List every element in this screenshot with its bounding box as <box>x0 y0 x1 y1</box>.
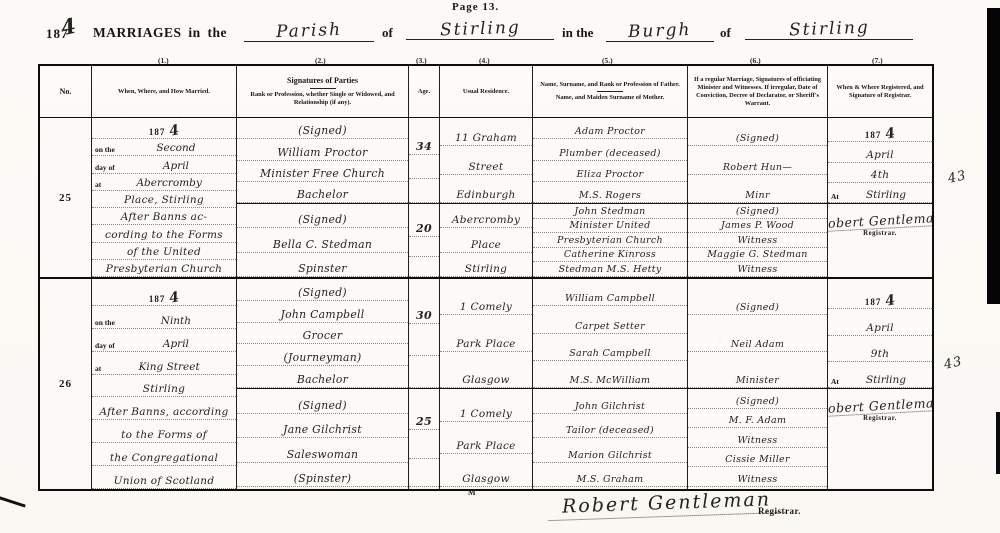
bride-signature-line: (Signed) <box>237 204 408 228</box>
on-the-label: on the <box>95 145 115 154</box>
district-name-handwriting: Stirling <box>439 18 520 41</box>
parents-cell: Adam ProctorPlumber (deceased)Eliza Proc… <box>533 118 688 277</box>
header-registered-label: When & Where Registered, and Signature o… <box>830 84 930 100</box>
bride-parent-line: Marion Gilchrist <box>533 438 687 463</box>
reg-year-line: 1874 <box>828 118 932 142</box>
header-father-label: Name, Surname, and Rank or Profession of… <box>540 81 679 89</box>
signatures-cell: (Signed)William ProctorMinister Free Chu… <box>237 118 409 277</box>
witness-line: Cissie Miller <box>688 448 827 468</box>
bride-parent-line: Catherine Kinross <box>533 248 687 263</box>
district-type-handwriting: Parish <box>276 20 343 42</box>
reg-place-handwriting: Stirling <box>843 189 929 201</box>
scan-black-strip <box>996 412 1000 474</box>
marriage-place-handwriting: Abercromby <box>105 177 233 189</box>
groom-residence-block: 1 ComelyPark PlaceGlasgow <box>440 279 532 388</box>
reg-day: 4th <box>828 163 932 183</box>
entry-number: 25 <box>40 118 92 277</box>
bride-parent-line: Tailor (deceased) <box>533 414 687 439</box>
bride-signature-line: (Spinster) <box>237 463 408 488</box>
minister-line: (Signed) <box>688 279 827 315</box>
when-extra-line: Place, Stirling <box>92 191 236 208</box>
bride-residence-block: AbercrombyPlaceStirling <box>440 203 532 277</box>
district-name-blank: Stirling <box>406 10 554 40</box>
minister-line: Minr <box>688 175 827 203</box>
bride-parent-line: Stedman M.S. Hetty <box>533 262 687 277</box>
register-table: No. When, Where, and How Married. Signat… <box>38 64 934 491</box>
witnesses-block: (Signed)M. F. AdamWitnessCissie MillerWi… <box>688 388 827 487</box>
bride-residence-line: Place <box>440 228 532 252</box>
groom-signature-line: William Proctor <box>237 139 408 160</box>
minister-signature-block: (Signed)Neil AdamMinister <box>688 279 827 388</box>
rule-line <box>409 356 439 388</box>
bride-parent-line: M.S. Graham <box>533 463 687 488</box>
groom-parent-line: William Campbell <box>533 279 687 306</box>
groom-age: 34 <box>409 118 439 155</box>
header-rule <box>597 91 623 92</box>
bride-age: 25 <box>409 389 439 430</box>
registrar-signature-block: Robert Gentleman Registrar. <box>828 388 932 487</box>
groom-parent-line: Carpet Setter <box>533 306 687 333</box>
at-label: At <box>831 377 839 386</box>
groom-signature-line: Grocer <box>237 323 408 345</box>
rule-line <box>409 324 439 356</box>
on-the-line: on theSecond <box>92 139 236 156</box>
area-type-handwriting: Burgh <box>628 20 692 42</box>
groom-parent-line: M.S. McWilliam <box>533 361 687 388</box>
reg-year-printed: 187 <box>865 130 882 140</box>
groom-signature-line: (Journeyman) <box>237 344 408 366</box>
header-signatures-title: Signatures of Parties <box>287 76 358 86</box>
day-of-line: day ofApril <box>92 156 236 173</box>
witness-line: (Signed) <box>688 389 827 409</box>
day-of-line: day ofApril <box>92 329 236 352</box>
area-type-blank: Burgh <box>606 12 714 42</box>
at-label: At <box>831 192 839 201</box>
groom-signature-line: (Signed) <box>237 118 408 139</box>
margin-mark-43: 43 <box>947 168 968 187</box>
when-extra-line: of the United <box>92 243 236 260</box>
groom-residence-line: 1 Comely <box>440 279 532 315</box>
at-line: atAbercromby <box>92 174 236 191</box>
when-extra-line: to the Forms of <box>92 420 236 443</box>
reg-place-handwriting: Stirling <box>843 374 929 386</box>
of-label-2: of <box>720 25 731 41</box>
rule-line <box>409 459 439 487</box>
groom-residence-line: Park Place <box>440 315 532 351</box>
header-when-where-how: When, Where, and How Married. <box>92 66 237 117</box>
registered-cell: 1874 April 9th AtStirling Robert Gentlem… <box>828 279 932 489</box>
bride-parents-block: John StedmanMinister UnitedPresbyterian … <box>533 203 687 277</box>
day-of-label: day of <box>95 163 115 172</box>
when-where-how-cell: 1874 on theNinth day ofApril atKing Stre… <box>92 279 237 489</box>
groom-residence-block: 11 GrahamStreetEdinburgh <box>440 118 532 203</box>
reg-year-line: 1874 <box>828 279 932 309</box>
rule-line <box>409 257 439 277</box>
groom-signature-block: (Signed)John CampbellGrocer(Journeyman)B… <box>237 279 408 388</box>
reg-place-line: AtStirling <box>828 362 932 388</box>
footer-registrar-label: Registrar. <box>758 506 801 516</box>
header-mother-label: Name, and Maiden Surname of Mother. <box>556 94 665 102</box>
marriage-day-handwriting: Second <box>119 142 233 154</box>
registrar-label: Registrar. <box>828 415 932 422</box>
when-where-how-cell: 1874 on theSecond day ofApril atAbercrom… <box>92 118 237 277</box>
groom-signature-block: (Signed)William ProctorMinister Free Chu… <box>237 118 408 203</box>
bride-signature-block: (Signed)Bella C. StedmanSpinster <box>237 203 408 277</box>
plate-mark: M <box>468 488 476 497</box>
when-extra-line: the Congregational <box>92 443 236 466</box>
rule-line <box>409 237 439 257</box>
witness-line: Witness <box>688 262 827 277</box>
header-officiants-label: If a regular Marriage, Signatures of off… <box>690 76 825 108</box>
parents-cell: William CampbellCarpet SetterSarah Campb… <box>533 279 688 489</box>
bride-signature-block: (Signed)Jane GilchristSaleswoman(Spinste… <box>237 388 408 487</box>
registrar-signature-block: Robert Gentleman Registrar. <box>828 203 932 277</box>
year-printed: 187 <box>149 127 166 137</box>
bride-signature-line: Jane Gilchrist <box>237 414 408 439</box>
when-extra-line: Stirling <box>92 375 236 398</box>
area-name-handwriting: Stirling <box>788 18 869 41</box>
witness-line: M. F. Adam <box>688 409 827 429</box>
entry-row-26: 26 1874 on theNinth day ofApril atKing S… <box>40 279 932 489</box>
header-residence-label: Usual Residence. <box>463 88 509 96</box>
bride-signature-line: Saleswoman <box>237 438 408 463</box>
header-registered: When & Where Registered, and Signature o… <box>828 66 932 117</box>
bride-residence-line: Abercromby <box>440 204 532 228</box>
header-age-label: Age. <box>418 88 430 96</box>
minister-signature-block: (Signed)Robert Hun—Minr <box>688 118 827 203</box>
minister-line: Robert Hun— <box>688 146 827 174</box>
scan-streak <box>0 495 26 507</box>
minister-line: Neil Adam <box>688 315 827 351</box>
bride-residence-line: Park Place <box>440 422 532 455</box>
reg-place-line: AtStirling <box>828 183 932 203</box>
bride-parent-line: Presbyterian Church <box>533 233 687 248</box>
officiants-cell: (Signed)Robert Hun—Minr (Signed)James P.… <box>688 118 828 277</box>
witness-line: Witness <box>688 467 827 487</box>
entry-row-25: 25 1874 on theSecond day ofApril atAberc… <box>40 118 932 279</box>
groom-residence-line: Glasgow <box>440 352 532 388</box>
marriage-register-scan: Page 13. 187 4 MARRIAGES in the Parish o… <box>0 0 1000 533</box>
reg-year-handwritten: 4 <box>884 125 896 142</box>
age-cell: 30 25 <box>409 279 440 489</box>
rule-line <box>409 155 439 179</box>
year-line: 1874 <box>92 118 236 139</box>
groom-age: 30 <box>409 279 439 324</box>
registration-date-block: 1874 April 9th AtStirling <box>828 279 932 388</box>
rule-line <box>409 179 439 203</box>
header-signatures: Signatures of Parties Rank or Profession… <box>237 66 409 117</box>
groom-parents-block: Adam ProctorPlumber (deceased)Eliza Proc… <box>533 118 687 203</box>
reg-year-handwritten: 4 <box>884 292 896 309</box>
header-officiants: If a regular Marriage, Signatures of off… <box>688 66 828 117</box>
margin-mark-43: 43 <box>943 354 964 373</box>
witness-line: Witness <box>688 233 827 248</box>
at-line: atKing Street <box>92 352 236 375</box>
entry-number: 26 <box>40 279 92 489</box>
when-extra-line: After Banns ac- <box>92 208 236 225</box>
at-label: at <box>95 364 101 373</box>
marriage-place-handwriting: King Street <box>105 361 233 373</box>
bride-residence-block: 1 ComelyPark PlaceGlasgow <box>440 388 532 487</box>
groom-parents-block: William CampbellCarpet SetterSarah Campb… <box>533 279 687 388</box>
when-extra-line: Presbyterian Church <box>92 260 236 277</box>
registered-cell: 1874 April 4th AtStirling Robert Gentlem… <box>828 118 932 277</box>
header-age: Age. <box>409 66 440 117</box>
groom-parent-line: Plumber (deceased) <box>533 139 687 160</box>
groom-signature-line: John Campbell <box>237 301 408 323</box>
bride-residence-line: Glasgow <box>440 454 532 487</box>
year-handwritten: 4 <box>168 289 180 306</box>
table-header-row: No. When, Where, and How Married. Signat… <box>40 66 932 118</box>
scan-black-strip <box>987 8 1000 304</box>
at-label: at <box>95 180 101 189</box>
marriage-month-handwriting: April <box>119 160 233 172</box>
reg-month: April <box>828 309 932 335</box>
marriage-day-handwriting: Ninth <box>119 315 233 327</box>
marriage-month-handwriting: April <box>119 338 233 350</box>
bride-signature-line: Bella C. Stedman <box>237 228 408 252</box>
bride-parents-block: John GilchristTailor (deceased)Marion Gi… <box>533 388 687 487</box>
groom-parent-line: Eliza Proctor <box>533 161 687 182</box>
of-label: of <box>382 25 393 41</box>
area-name-blank: Stirling <box>745 10 913 40</box>
header-parents: Name, Surname, and Rank or Profession of… <box>533 66 688 117</box>
bride-parent-line: John Gilchrist <box>533 389 687 414</box>
bride-signature-line: Spinster <box>237 253 408 277</box>
footer-registrar-signature: Robert Gentleman <box>548 488 786 521</box>
bride-residence-line: 1 Comely <box>440 389 532 422</box>
minister-line: Minister <box>688 352 827 388</box>
reg-day: 9th <box>828 336 932 362</box>
bride-age-block: 20 <box>409 203 439 277</box>
header-residence: Usual Residence. <box>440 66 533 117</box>
reg-month: April <box>828 142 932 162</box>
residence-cell: 1 ComelyPark PlaceGlasgow 1 ComelyPark P… <box>440 279 533 489</box>
header-no-label: No. <box>60 87 72 97</box>
header-signatures-subtitle: Rank or Profession, whether Single or Wi… <box>239 91 406 107</box>
groom-age-block: 34 <box>409 118 439 203</box>
when-extra-line: Union of Scotland <box>92 466 236 489</box>
witnesses-block: (Signed)James P. WoodWitnessMaggie G. St… <box>688 203 827 277</box>
witness-line: Witness <box>688 428 827 448</box>
age-cell: 34 20 <box>409 118 440 277</box>
bride-parent-line: John Stedman <box>533 204 687 219</box>
groom-parent-line: Sarah Campbell <box>533 334 687 361</box>
signatures-cell: (Signed)John CampbellGrocer(Journeyman)B… <box>237 279 409 489</box>
groom-age-block: 30 <box>409 279 439 388</box>
bride-parent-line: Minister United <box>533 219 687 234</box>
groom-signature-line: Bachelor <box>237 182 408 203</box>
district-type-blank: Parish <box>244 12 374 42</box>
bride-age: 20 <box>409 204 439 237</box>
title-marriages-label: MARRIAGES in the <box>93 25 227 41</box>
residence-cell: 11 GrahamStreetEdinburgh AbercrombyPlace… <box>440 118 533 277</box>
groom-signature-line: Minister Free Church <box>237 161 408 182</box>
on-the-label: on the <box>95 318 115 327</box>
officiants-cell: (Signed)Neil AdamMinister (Signed)M. F. … <box>688 279 828 489</box>
year-handwritten: 4 <box>168 122 180 139</box>
witness-line: James P. Wood <box>688 219 827 234</box>
groom-residence-line: 11 Graham <box>440 118 532 146</box>
groom-residence-line: Edinburgh <box>440 175 532 203</box>
year-printed: 187 <box>149 294 166 304</box>
groom-signature-line: Bachelor <box>237 366 408 388</box>
day-of-label: day of <box>95 341 115 350</box>
in-the-label: in the <box>562 25 593 41</box>
groom-parent-line: Adam Proctor <box>533 118 687 139</box>
bride-age-block: 25 <box>409 388 439 487</box>
groom-signature-line: (Signed) <box>237 279 408 301</box>
bride-residence-line: Stirling <box>440 253 532 277</box>
reg-year-printed: 187 <box>865 297 882 307</box>
on-the-line: on theNinth <box>92 306 236 329</box>
groom-parent-line: M.S. Rogers <box>533 182 687 203</box>
registration-date-block: 1874 April 4th AtStirling <box>828 118 932 203</box>
header-no: No. <box>40 66 92 117</box>
year-line: 1874 <box>92 279 236 306</box>
witness-line: (Signed) <box>688 204 827 219</box>
bride-signature-line: (Signed) <box>237 389 408 414</box>
when-extra-line: After Banns, according <box>92 397 236 420</box>
minister-line: (Signed) <box>688 118 827 146</box>
registrar-label: Registrar. <box>828 230 932 237</box>
groom-residence-line: Street <box>440 146 532 174</box>
header-when-label: When, Where, and How Married. <box>118 88 210 96</box>
rule-line <box>409 430 439 458</box>
when-extra-line: cording to the Forms <box>92 225 236 242</box>
header-rule <box>310 88 336 89</box>
witness-line: Maggie G. Stedman <box>688 248 827 263</box>
